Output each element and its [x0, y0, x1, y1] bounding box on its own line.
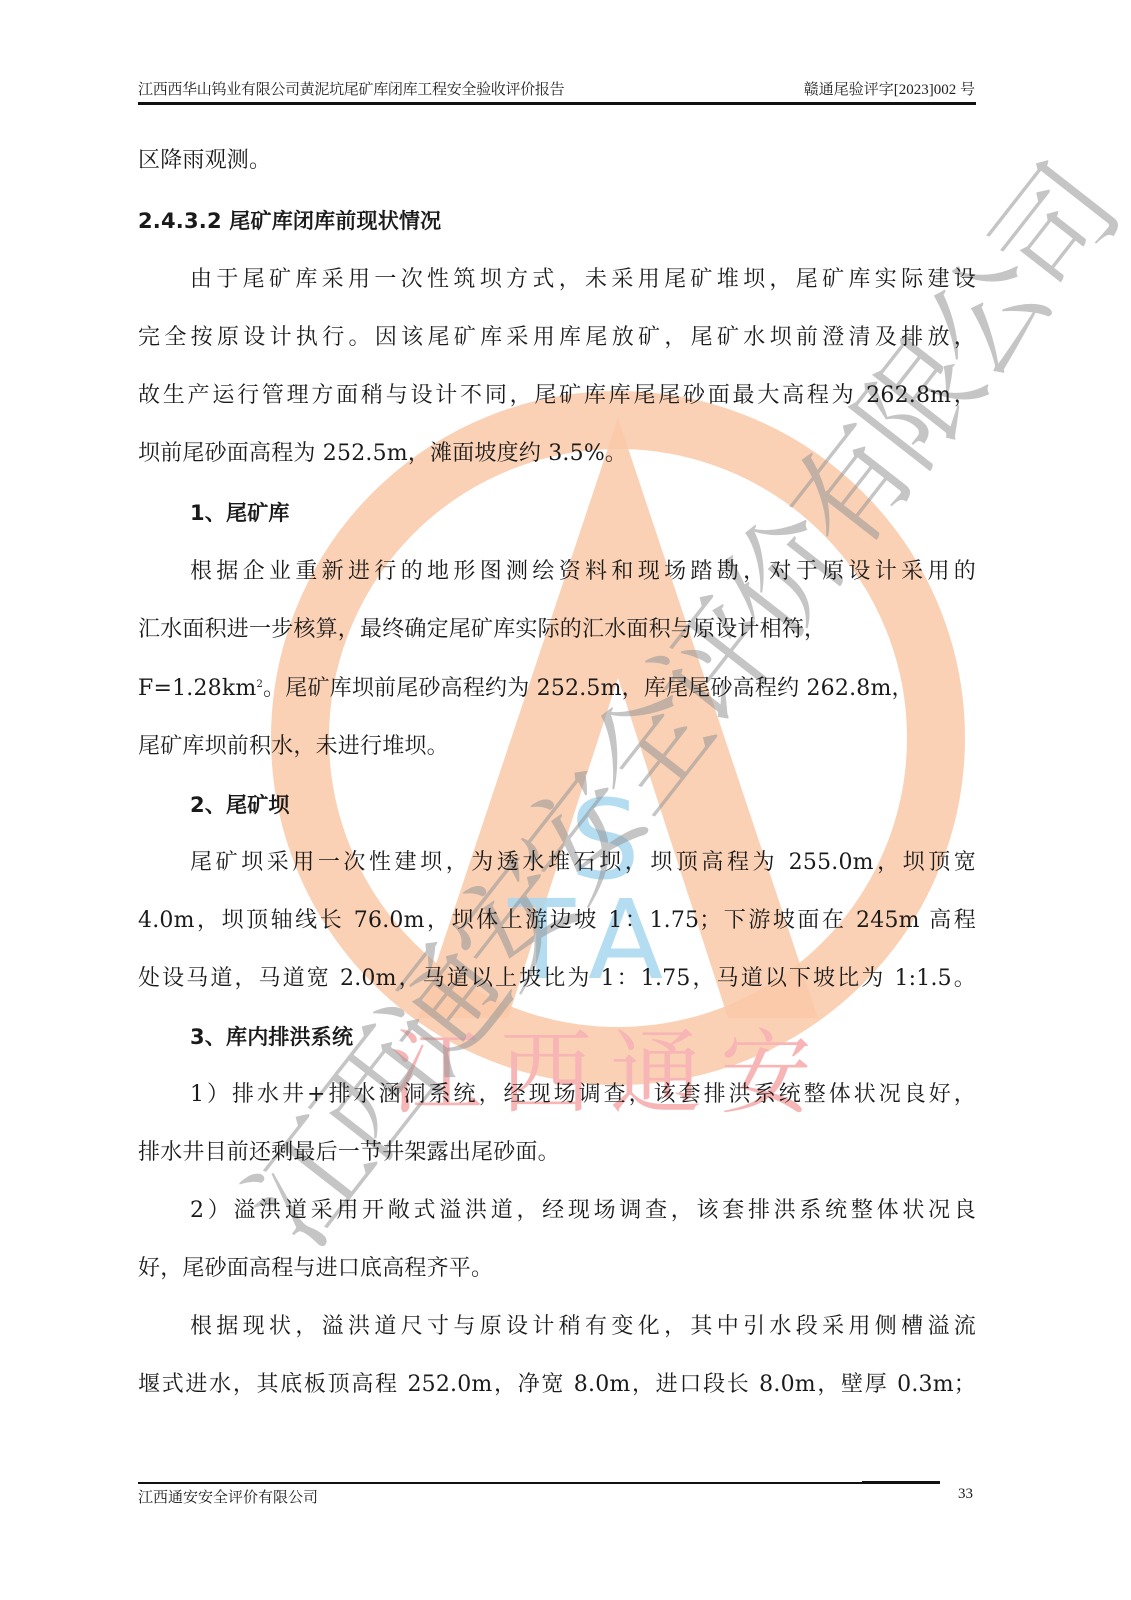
paragraph-line: 完全按原设计执行。因该尾矿库采用库尾放矿，尾矿水坝前澄清及排放，: [138, 323, 976, 353]
paragraph-line: 尾矿库坝前积水，未进行堆坝。: [138, 732, 976, 762]
paragraph-line: F=1.28km2。尾矿库坝前尾砂高程约为 252.5m，库尾尾砂高程约 262…: [138, 674, 976, 704]
paragraph-line: 由于尾矿库采用一次性筑坝方式，未采用尾矿堆坝，尾矿库实际建设: [190, 265, 976, 295]
paragraph-line: 处设马道，马道宽 2.0m，马道以上坡比为 1：1.75，马道以下坡比为 1:1…: [138, 964, 976, 994]
paragraph-line: 汇水面积进一步核算，最终确定尾矿库实际的汇水面积与原设计相符，: [138, 615, 976, 645]
paragraph-line: 根据企业重新进行的地形图测绘资料和现场踏勘，对于原设计采用的: [190, 557, 976, 587]
header-rule: [138, 102, 976, 105]
paragraph-line: 故生产运行管理方面稍与设计不同，尾矿库库尾尾砂面最大高程为 262.8m，: [138, 381, 976, 411]
footer-company: 江西通安安全评价有限公司: [138, 1486, 318, 1507]
paragraph-line: 坝前尾砂面高程为 252.5m，滩面坡度约 3.5%。: [138, 439, 976, 469]
page-header: 江西西华山钨业有限公司黄泥坑尾矿库闭库工程安全验收评价报告 赣通尾验评字[202…: [138, 78, 975, 100]
paragraph-line: 堰式进水，其底板顶高程 252.0m，净宽 8.0m，进口段长 8.0m，壁厚 …: [138, 1370, 976, 1400]
header-report-title: 江西西华山钨业有限公司黄泥坑尾矿库闭库工程安全验收评价报告: [138, 78, 564, 99]
area-text: 。尾矿库坝前尾砂高程约为 252.5m，库尾尾砂高程约 262.8m，: [263, 676, 914, 701]
footer-rule: [138, 1482, 938, 1484]
paragraph-line: 尾矿坝采用一次性建坝，为透水堆石坝，坝顶高程为 255.0m，坝顶宽: [190, 848, 976, 878]
page-number: 33: [958, 1486, 973, 1503]
subsection-heading-tailings-dam: 2、尾矿坝: [190, 790, 976, 820]
text-line: 区降雨观测。: [138, 146, 976, 176]
document-page: 江西西华山钨业有限公司黄泥坑尾矿库闭库工程安全验收评价报告 赣通尾验评字[202…: [0, 0, 1131, 1600]
section-heading: 2.4.3.2 尾矿库闭库前现状情况: [138, 206, 976, 236]
header-doc-number: 赣通尾验评字[2023]002 号: [804, 78, 975, 99]
superscript: 2: [256, 679, 263, 690]
subsection-heading-tailings-pond: 1、尾矿库: [190, 498, 976, 528]
paragraph-line: 4.0m，坝顶轴线长 76.0m，坝体上游边坡 1：1.75；下游坡面在 245…: [138, 906, 976, 936]
paragraph-line: 排水井目前还剩最后一节井架露出尾砂面。: [138, 1138, 976, 1168]
paragraph-line: 根据现状，溢洪道尺寸与原设计稍有变化，其中引水段采用侧槽溢流: [190, 1312, 976, 1342]
footer-rule-accent: [862, 1481, 940, 1484]
area-value: F=1.28km: [138, 676, 256, 701]
subsection-heading-drainage-system: 3、库内排洪系统: [190, 1022, 976, 1052]
paragraph-line: 好，尾砂面高程与进口底高程齐平。: [138, 1254, 976, 1284]
paragraph-line: 1）排水井+排水涵洞系统，经现场调查，该套排洪系统整体状况良好，: [190, 1080, 976, 1110]
paragraph-line: 2）溢洪道采用开敞式溢洪道，经现场调查，该套排洪系统整体状况良: [190, 1196, 976, 1226]
